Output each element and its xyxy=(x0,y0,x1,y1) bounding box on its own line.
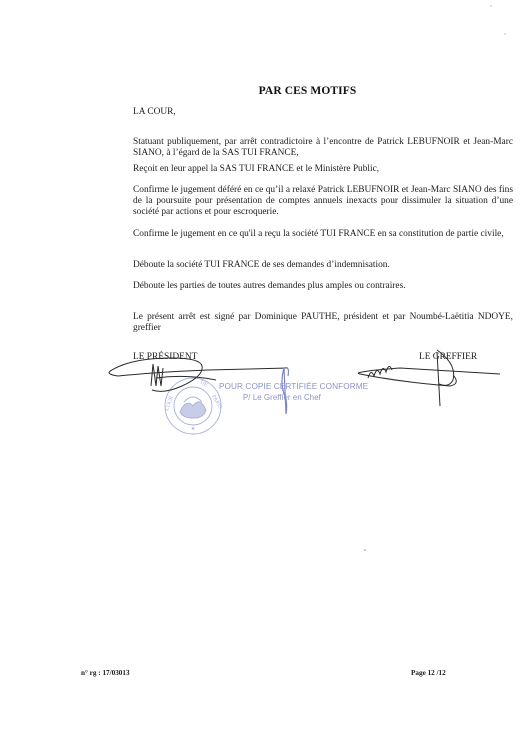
ruling-paragraph: Confirme le jugement déféré en ce qu’il … xyxy=(133,185,513,217)
chief-clerk-stamp: P/ Le Greffier en Chef xyxy=(243,393,321,402)
court-seal-icon: ★ COUR PARIS DE xyxy=(164,378,223,434)
ruling-paragraph: Confirme le jugement en ce qu'il a reçu … xyxy=(133,229,513,240)
certified-copy-stamp: POUR COPIE CERTIFIÉE CONFORME xyxy=(219,382,368,391)
ruling-paragraph: Statuant publiquement, par arrêt contrad… xyxy=(133,137,513,159)
document-page: PAR CES MOTIFS LA COUR, Statuant publiqu… xyxy=(0,0,520,736)
president-label: LE PRÉSIDENT xyxy=(133,352,197,362)
ruling-paragraph: Déboute les parties de toutes autres dem… xyxy=(133,281,513,292)
svg-text:★: ★ xyxy=(191,426,196,432)
svg-text:DE: DE xyxy=(199,380,209,389)
rg-number: n° rg : 17/03013 xyxy=(81,669,130,677)
section-title: PAR CES MOTIFS xyxy=(0,85,520,97)
svg-text:PARIS: PARIS xyxy=(210,394,223,410)
ruling-paragraph: Déboute la société TUI FRANCE de ses dem… xyxy=(133,260,513,271)
page-number: Page 12 /12 xyxy=(411,669,446,677)
signatories-paragraph: Le présent arrêt est signé par Dominique… xyxy=(133,312,513,334)
greffier-label: LE GREFFIER xyxy=(419,352,477,362)
court-opening: LA COUR, xyxy=(133,107,513,118)
ruling-paragraph: Reçoit en leur appel la SAS TUI FRANCE e… xyxy=(133,164,513,175)
svg-text:COUR: COUR xyxy=(164,395,175,412)
